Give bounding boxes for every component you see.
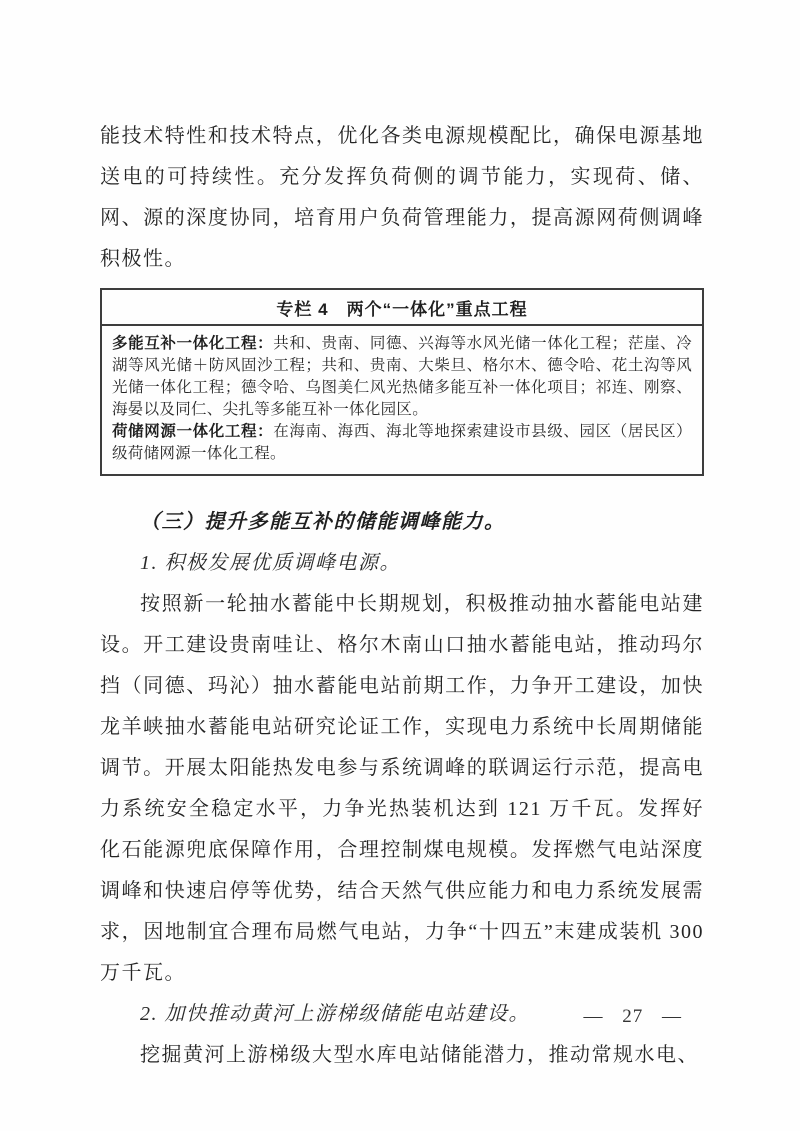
sub-heading-1: 1. 积极发展优质调峰电源。: [100, 543, 704, 584]
box-title: 专栏 4 两个“一体化”重点工程: [102, 290, 702, 326]
box-item-multi-energy: 多能互补一体化工程：共和、贵南、同德、兴海等水风光储一体化工程；茫崖、冷湖等风光…: [112, 333, 692, 421]
document-page: 能技术特性和技术特点，优化各类电源规模配比，确保电源基地送电的可持续性。充分发挥…: [0, 0, 800, 1131]
paragraph-pumped-storage: 按照新一轮抽水蓄能中长期规划，积极推动抽水蓄能电站建设。开工建设贵南哇让、格尔木…: [100, 584, 704, 994]
box-body: 多能互补一体化工程：共和、贵南、同德、兴海等水风光储一体化工程；茫崖、冷湖等风光…: [102, 326, 702, 474]
section-heading-3: （三）提升多能互补的储能调峰能力。: [100, 502, 704, 543]
page-number: — 27 —: [584, 1006, 683, 1028]
paragraph-yellow-river: 挖掘黄河上游梯级大型水库电站储能潜力，推动常规水电、: [100, 1035, 704, 1076]
box-item-load-storage: 荷储网源一体化工程：在海南、海西、海北等地探索建设市县级、园区（居民区）级荷储网…: [112, 421, 692, 465]
box-item-multi-energy-lead: 多能互补一体化工程：: [112, 335, 273, 352]
box-item-load-storage-lead: 荷储网源一体化工程：: [112, 423, 273, 440]
paragraph-continuation: 能技术特性和技术特点，优化各类电源规模配比，确保电源基地送电的可持续性。充分发挥…: [100, 116, 704, 280]
special-column-box: 专栏 4 两个“一体化”重点工程 多能互补一体化工程：共和、贵南、同德、兴海等水…: [100, 288, 704, 476]
